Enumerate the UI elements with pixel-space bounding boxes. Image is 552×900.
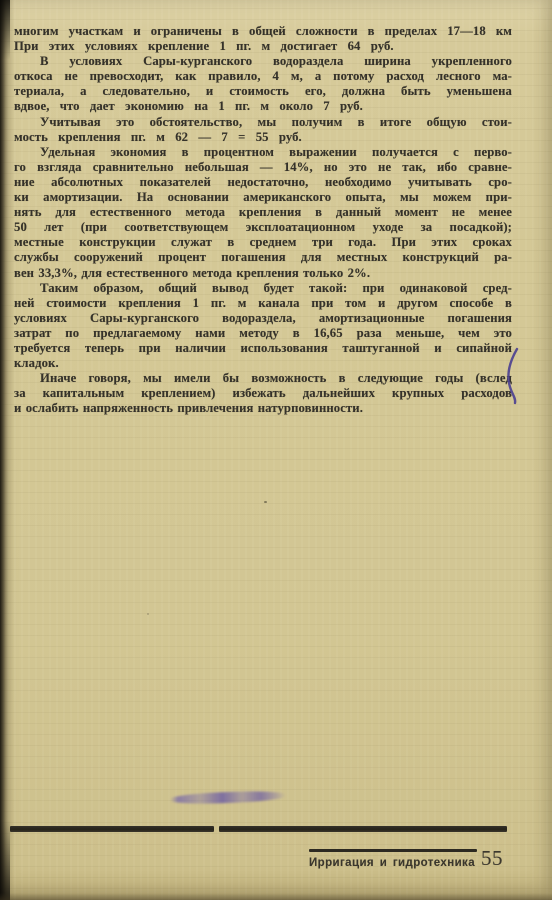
text-line: Иначе говоря, мы имели бы возможность в …	[14, 371, 512, 386]
text-line: ние абсолютных показателей недостаточно,…	[14, 175, 512, 190]
binding-shadow-left	[0, 0, 14, 900]
text-line: откоса не превосходит, как правило, 4 м,…	[14, 69, 512, 84]
page-number: 55	[481, 846, 503, 871]
ink-smudge	[170, 790, 286, 805]
paper-speck	[147, 613, 149, 615]
text-line: условиях Сары-курганского водораздела, а…	[14, 311, 512, 326]
text-line: 50 лет (при соответствующем эксплоатацио…	[14, 220, 512, 235]
text-line: местные конструкции служат в среднем три…	[14, 235, 512, 250]
text-line: В условиях Сары-курганского водораздела …	[14, 54, 512, 69]
text-line: мость крепления пг. м 62 — 7 = 55 руб.	[14, 130, 512, 145]
body-text: многим участкам и ограничены в общей сло…	[14, 24, 512, 416]
text-line: требуется теперь при наличии использован…	[14, 341, 512, 356]
text-line: Таким образом, общий вывод будет такой: …	[14, 281, 512, 296]
text-line: за капитальным креплением) избежать даль…	[14, 386, 512, 401]
text-line: затрат по предлагаемому нами методу в 16…	[14, 326, 512, 341]
pen-margin-stroke	[501, 347, 525, 405]
text-line: го взгляда сравнительно небольшая — 14%,…	[14, 160, 512, 175]
paragraph: В условиях Сары-курганского водораздела …	[14, 54, 512, 114]
text-line: ки амортизации. На основании американско…	[14, 190, 512, 205]
text-line: кладок.	[14, 356, 512, 371]
text-line: Учитывая это обстоятельство, мы получим …	[14, 115, 512, 130]
footer-rule	[309, 849, 477, 852]
paragraph: Таким образом, общий вывод будет такой: …	[14, 281, 512, 372]
page-bottom-edge-shadow	[0, 893, 552, 900]
text-line: вен 33,3%, для естественного метода креп…	[14, 266, 512, 281]
text-line: ней стоимости крепления 1 пг. м канала п…	[14, 296, 512, 311]
text-line: нять для естественного метода крепления …	[14, 205, 512, 220]
text-line: вдвое, что дает экономию на 1 пг. м окол…	[14, 99, 512, 114]
text-line: многим участкам и ограничены в общей сло…	[14, 24, 512, 39]
paragraph: Иначе говоря, мы имели бы возможность в …	[14, 371, 512, 416]
paper-speck	[264, 501, 267, 503]
paragraph: многим участкам и ограничены в общей сло…	[14, 24, 512, 54]
separator-bar-right	[219, 826, 507, 832]
text-line: Удельная экономия в процентном выражении…	[14, 145, 512, 160]
text-line: и ослабить напряженность привлечения нат…	[14, 401, 512, 416]
running-title: Ирригация и гидротехника	[309, 857, 475, 869]
paragraph: Учитывая это обстоятельство, мы получим …	[14, 115, 512, 145]
text-line: При этих условиях крепление 1 пг. м дост…	[14, 39, 512, 54]
separator-bar-left	[10, 826, 214, 832]
paragraph: Удельная экономия в процентном выражении…	[14, 145, 512, 281]
text-line: териала, а следовательно, и стоимость ег…	[14, 84, 512, 99]
book-page-scan: многим участкам и ограничены в общей сло…	[0, 0, 552, 900]
text-line: службы сооружений процент погашения для …	[14, 250, 512, 265]
